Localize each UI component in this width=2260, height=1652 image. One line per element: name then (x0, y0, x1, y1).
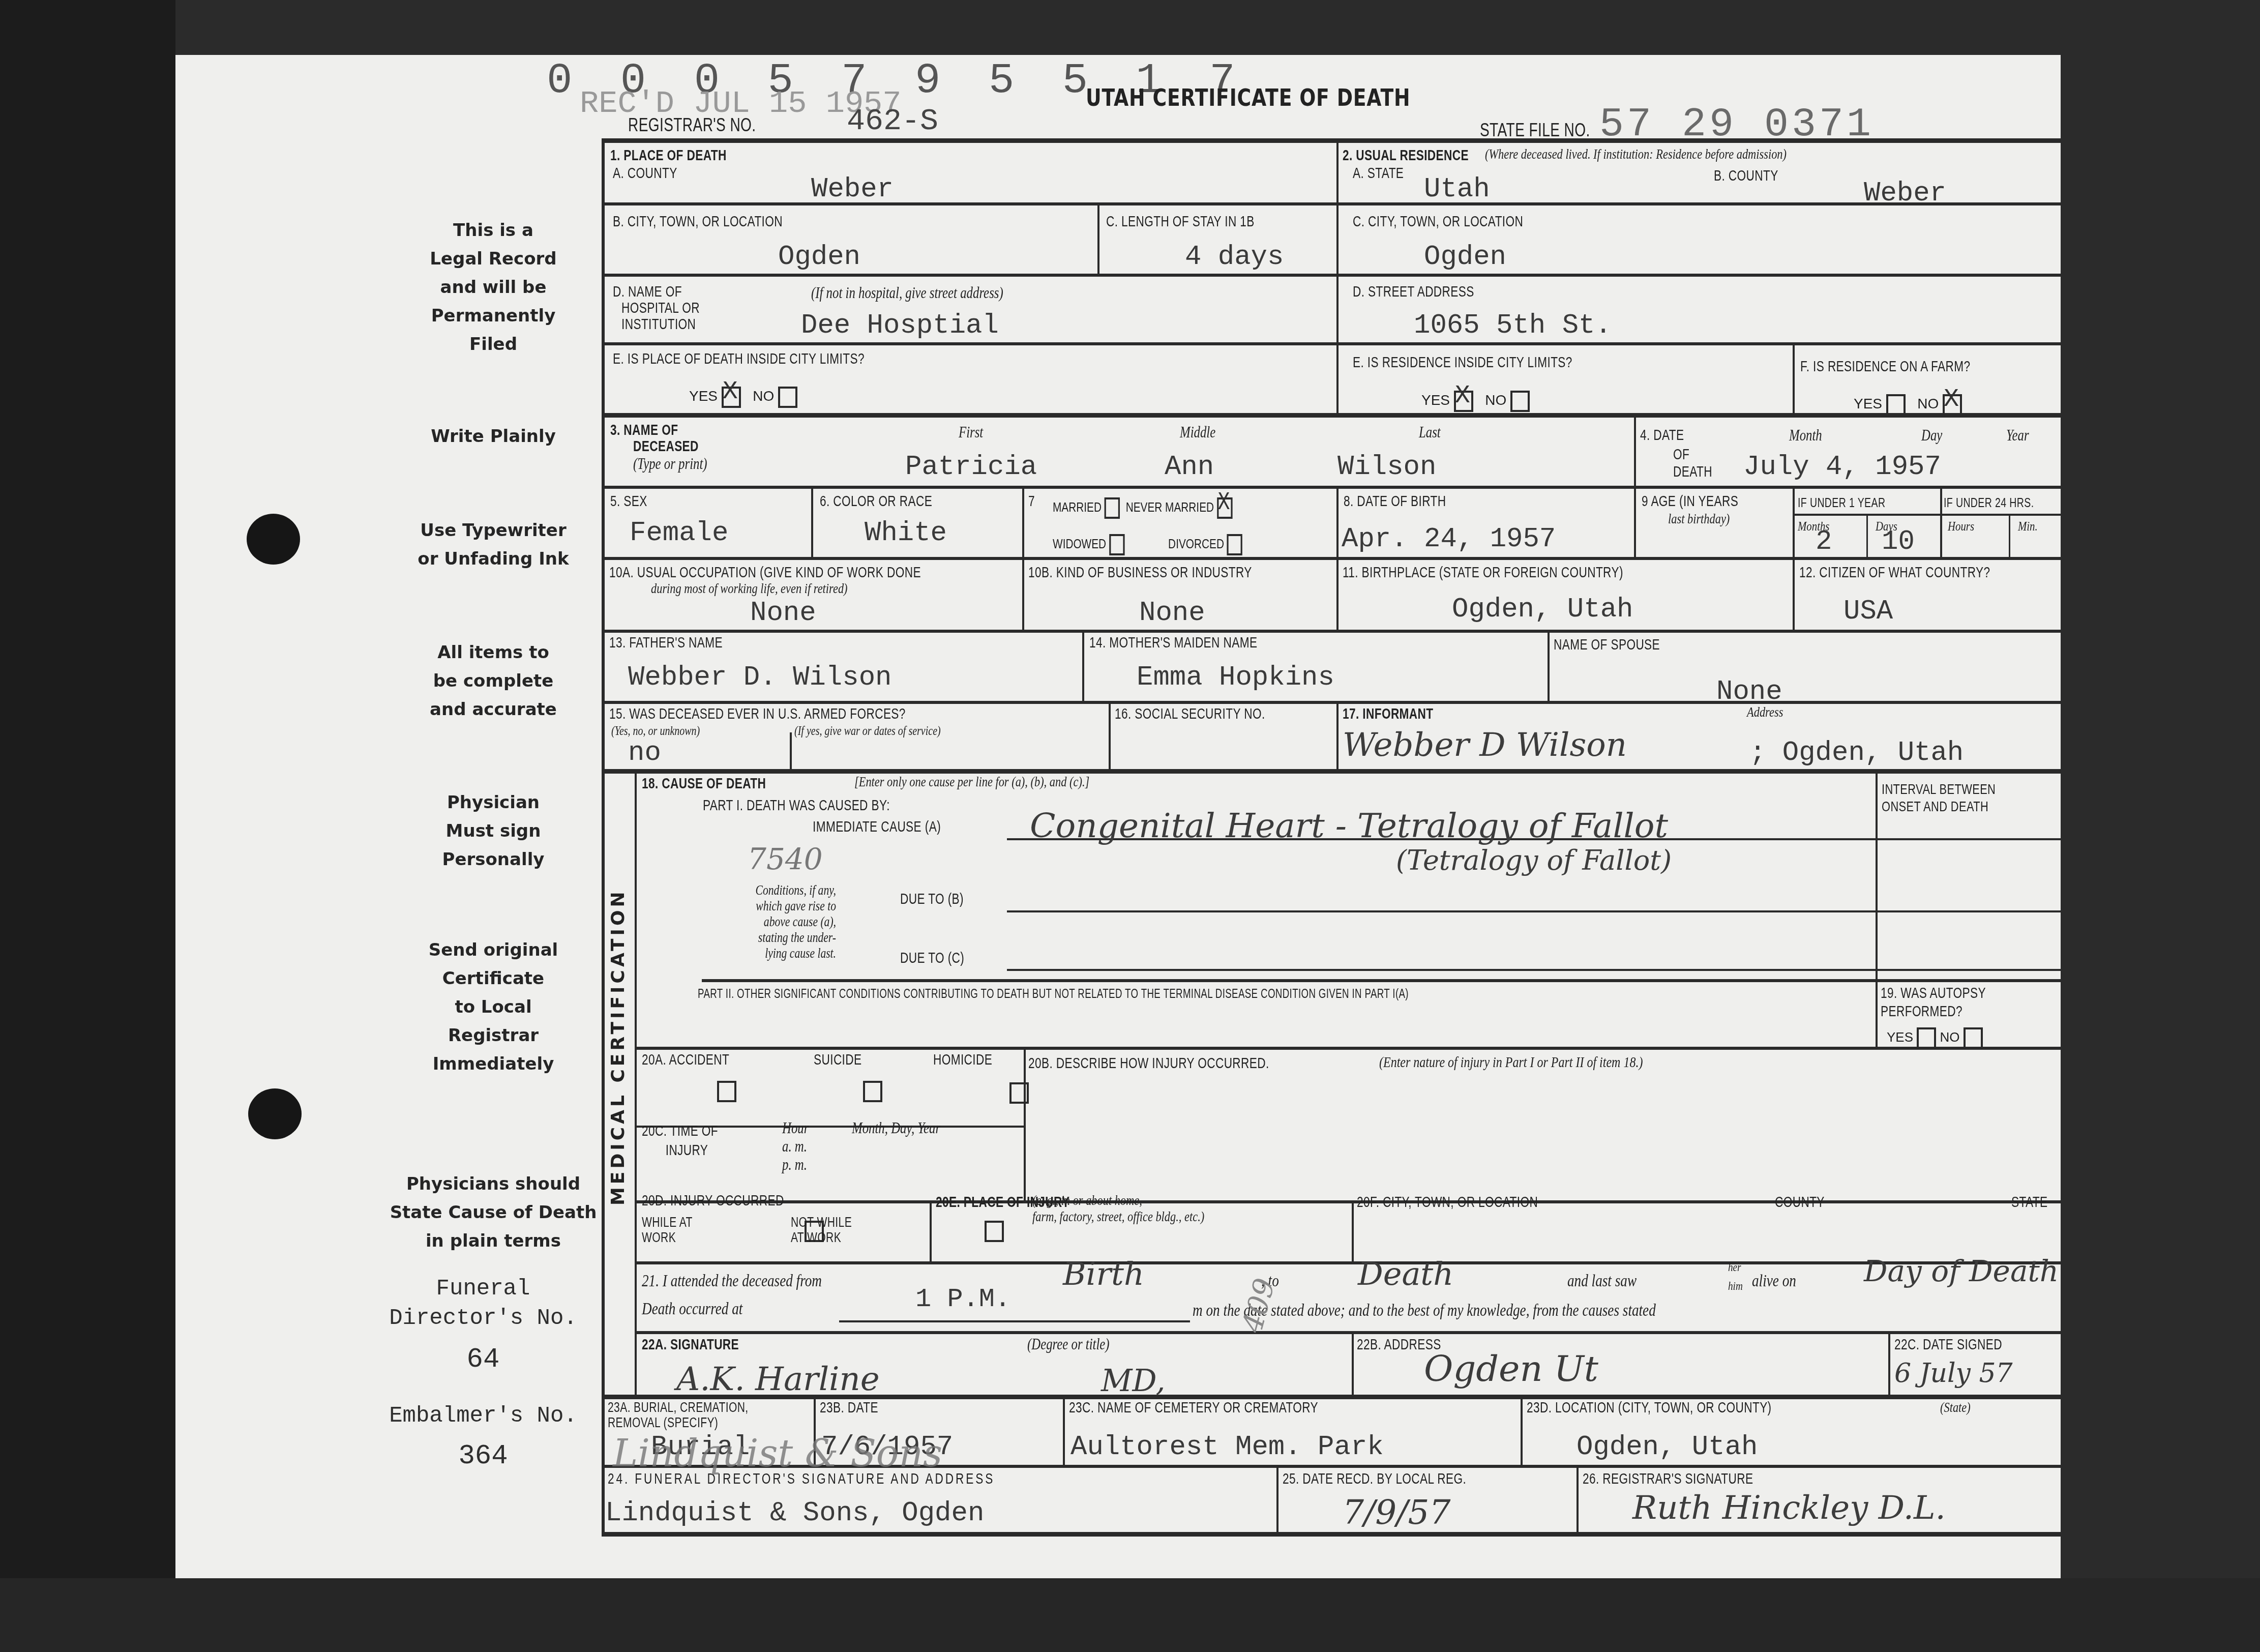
last-saw-label: and last saw (1567, 1272, 1637, 1291)
sex-label: 5. SEX (610, 493, 647, 510)
residence-state-field[interactable]: Utah (1424, 174, 1490, 205)
last-seen-field[interactable]: Day of Death (1864, 1254, 2059, 1288)
birthplace-field[interactable]: Ogden, Utah (1452, 594, 1633, 625)
due-to-c-line (1007, 969, 2061, 971)
part-2-label: PART II. OTHER SIGNIFICANT CONDITIONS CO… (698, 986, 1409, 1001)
divider (1888, 1331, 1890, 1396)
part-1-label: PART I. DEATH WAS CAUSED BY: (703, 798, 890, 814)
spouse-name-label: NAME OF SPOUSE (1554, 637, 1660, 654)
date-signed-label: 22c. DATE SIGNED (1894, 1337, 2002, 1353)
armed-forces-hint: (Yes, no, or unknown) (611, 724, 700, 739)
hours-label: Hours (1948, 519, 1974, 534)
divider (1577, 1465, 1579, 1533)
residence-inside-limits-options: YES X NO (1421, 391, 1530, 412)
deceased-name-label: DECEASED (633, 438, 699, 455)
age-months-field[interactable]: 2 (1816, 526, 1832, 557)
cemetery-field[interactable]: Aultorest Mem. Park (1070, 1432, 1384, 1463)
informant-address-field[interactable]: ; Ogden, Utah (1749, 737, 1964, 769)
hospital-label: HOSPITAL OR (621, 300, 700, 317)
divider (1352, 1331, 1354, 1396)
occupation-label: 10a. USUAL OCCUPATION (Give kind of work… (609, 565, 921, 581)
hospital-label: INSTITUTION (621, 316, 696, 333)
divider (1024, 1047, 1026, 1202)
mother-name-label: 14. MOTHER'S MAIDEN NAME (1089, 635, 1257, 652)
due-to-b-line (1007, 910, 2061, 912)
scan-background-left (0, 0, 175, 1652)
last-name-field[interactable]: Wilson (1337, 452, 1436, 483)
ssn-label: 16. SOCIAL SECURITY NO. (1115, 706, 1265, 723)
hospital-hint: (If not in hospital, give street address… (811, 284, 1003, 302)
death-time-field[interactable]: 1 P.M. (915, 1284, 1010, 1314)
yes-label: YES (1421, 392, 1450, 408)
residence-inside-limits-label: e. IS RESIDENCE INSIDE CITY LIMITS? (1353, 355, 1572, 371)
city-label: c. CITY, TOWN, OR LOCATION (1353, 214, 1523, 230)
death-time-line (839, 1320, 1190, 1322)
divider (1866, 514, 1868, 557)
minutes-label: Min. (2018, 519, 2038, 534)
yes-label: YES (1887, 1029, 1913, 1045)
divider (1634, 413, 1636, 557)
first-name-field[interactable]: Patricia (905, 452, 1037, 483)
usual-residence-hint: (Where deceased lived. If institution: R… (1485, 146, 1787, 163)
hospital-field[interactable]: Dee Hosptial (801, 310, 999, 341)
state-label: a. STATE (1353, 165, 1404, 182)
divider (1793, 514, 2061, 516)
accident-checkbox[interactable] (717, 1081, 736, 1102)
due-to-b-label: DUE TO (b) (900, 891, 964, 908)
punch-hole-icon (248, 1088, 302, 1139)
citizen-label: 12. CITIZEN OF WHAT COUNTRY? (1799, 565, 1990, 581)
race-label: 6. COLOR OR RACE (820, 493, 932, 510)
date-of-death-field[interactable]: July 4, 1957 (1743, 452, 1941, 483)
injury-city-label: 20f. CITY, TOWN, OR LOCATION (1357, 1194, 1538, 1211)
no-checkbox[interactable] (1510, 391, 1530, 412)
embalmer-no: 364 (376, 1442, 590, 1471)
middle-name-label: Middle (1180, 423, 1215, 441)
state-file-no-label: STATE FILE NO. (1480, 120, 1590, 141)
date-of-birth-field[interactable]: Apr. 24, 1957 (1342, 524, 1556, 555)
divider (635, 1200, 2061, 1203)
attended-label: 21. I attended the deceased from (642, 1272, 822, 1291)
registrars-no: 462-S (847, 104, 938, 139)
divider (1097, 202, 1099, 275)
age-days-field[interactable]: 10 (1882, 526, 1915, 557)
age-label: 9 AGE (In years (1642, 493, 1738, 510)
informant-label: 17. INFORMANT (1343, 706, 1433, 723)
length-of-stay-field[interactable]: 4 days (1185, 242, 1284, 273)
death-inside-limits-options: YES X NO (689, 387, 797, 408)
divider (1793, 342, 1795, 415)
autopsy-label: 19. WAS AUTOPSY PERFORMED? (1881, 984, 1986, 1021)
length-of-stay-label: c. LENGTH OF STAY IN 1b (1106, 214, 1255, 230)
interval-label: INTERVAL BETWEEN ONSET AND DEATH (1882, 781, 1996, 815)
homicide-checkbox[interactable] (1009, 1082, 1029, 1104)
sidebar-note-send-original: Send original Certificate to Local Regis… (386, 936, 600, 1078)
marital-status-label: 7 (1028, 493, 1035, 510)
deceased-name-label: 3. NAME OF (610, 422, 678, 439)
father-name-label: 13. FATHER'S NAME (609, 635, 723, 652)
no-label: NO (753, 388, 774, 404)
place-of-injury-hint: (e. g., in or about home, farm, factory,… (1032, 1193, 1204, 1225)
divider (1876, 769, 1878, 1048)
farm-label: f. IS RESIDENCE ON A FARM? (1800, 359, 1970, 375)
divorced-checkbox[interactable] (1227, 534, 1242, 555)
suicide-checkbox[interactable] (863, 1081, 882, 1102)
age-label: last birthday) (1668, 511, 1730, 527)
accident-label: 20a. ACCIDENT (642, 1052, 729, 1069)
funeral-director-field[interactable]: Lindquist & Sons, Ogden (605, 1498, 984, 1529)
under-1-year-label: IF UNDER 1 YEAR (1798, 496, 1885, 511)
degree-label: (Degree or title) (1027, 1335, 1110, 1353)
cause-of-death-hint: [Enter only one cause per line for (a), … (854, 774, 1089, 790)
date-received-field[interactable]: 7/9/57 (1343, 1493, 1450, 1532)
divider (930, 1200, 932, 1262)
date-signed-field[interactable]: 6 July 57 (1894, 1358, 2013, 1389)
under-24-hrs-label: IF UNDER 24 HRS. (1944, 496, 2034, 511)
middle-name-field[interactable]: Ann (1165, 452, 1214, 483)
conditions-hint: Conditions, if any, which gave rise to a… (702, 882, 836, 961)
describe-injury-hint: (Enter nature of injury in Part I or Par… (1379, 1054, 1643, 1071)
divider (1352, 1200, 1354, 1262)
date-received-label: 25. DATE RECD. BY LOCAL REG. (1283, 1471, 1466, 1488)
autopsy-yes-checkbox[interactable] (1917, 1027, 1936, 1049)
homicide-label: HOMICIDE (933, 1052, 992, 1069)
scan-background-bottom (0, 1578, 2260, 1652)
embalmer-no-label: Embalmer's No. (376, 1401, 590, 1431)
divider (1109, 701, 1111, 771)
widowed-checkbox[interactable] (1109, 534, 1124, 555)
county-label: b. COUNTY (1714, 168, 1778, 185)
registrar-signature[interactable]: Ruth Hinckley D.L. (1632, 1489, 1946, 1527)
death-city-field[interactable]: Ogden (778, 242, 860, 273)
place-of-death-label: 1. PLACE OF DEATH (610, 147, 727, 164)
immediate-cause-note: (Tetralogy of Fallot) (1396, 844, 1672, 876)
divider (635, 1047, 2061, 1050)
marital-widowed: WIDOWED DIVORCED (1053, 534, 1242, 555)
funeral-director-no: 64 (376, 1345, 590, 1375)
spouse-name-field[interactable]: None (1716, 676, 1782, 707)
business-label: 10b. KIND OF BUSINESS OR INDUSTRY (1028, 565, 1252, 581)
yes-checkbox[interactable]: X (1454, 391, 1473, 412)
due-to-c-label: DUE TO (c) (900, 950, 964, 967)
no-label: NO (1940, 1029, 1960, 1045)
divider (602, 630, 2061, 633)
cause-code-note: 7540 (748, 842, 823, 876)
not-while-at-work-checkbox[interactable] (985, 1221, 1004, 1242)
suicide-label: SUICIDE (814, 1052, 861, 1069)
month-day-year-label: Month, Day, Year (852, 1119, 940, 1137)
divider (1082, 630, 1084, 702)
physician-signature[interactable]: A.K. Harline (676, 1361, 880, 1398)
not-while-at-work-label: NOT WHILE AT WORK (791, 1215, 852, 1245)
date-of-birth-label: 8. DATE OF BIRTH (1344, 493, 1446, 510)
race-field[interactable]: White (865, 518, 947, 549)
sidebar-note-typewriter: Use Typewriter or Unfading Ink (386, 516, 600, 573)
divider (602, 413, 2061, 418)
yes-label: YES (689, 388, 718, 404)
form-bottom-border (602, 1532, 2061, 1537)
armed-forces-service-hint: (If yes, give war or dates of service) (794, 724, 941, 739)
never-married-label: NEVER MARRIED (1126, 499, 1214, 515)
immediate-cause-field[interactable]: Congenital Heart - Tetralogy of Fallot (1030, 806, 1668, 845)
hospital-label: d. NAME OF (613, 284, 682, 301)
autopsy-no-checkbox[interactable] (1964, 1027, 1983, 1049)
registrars-no-label: REGISTRAR'S NO. (628, 114, 756, 136)
type-or-print-hint: (Type or print) (633, 455, 707, 473)
yes-checkbox[interactable]: X (722, 387, 741, 408)
widowed-label: WIDOWED (1053, 536, 1106, 551)
divider (2009, 514, 2010, 557)
street-address-label: d. STREET ADDRESS (1353, 284, 1474, 301)
death-county-field[interactable]: Weber (811, 174, 894, 205)
burial-state-label: (State) (1940, 1400, 1971, 1416)
yes-checkbox[interactable] (1886, 394, 1906, 416)
no-checkbox[interactable]: X (1943, 394, 1962, 416)
sidebar-note-write-plainly: Write Plainly (386, 422, 600, 451)
injury-occurred-label: 20d. INJURY OCCURRED (642, 1193, 784, 1209)
county-label: a. COUNTY (613, 165, 677, 182)
usual-residence-label: 2. USUAL RESIDENCE (1343, 147, 1469, 164)
divider (1063, 1395, 1065, 1466)
sidebar-note-legal-record: This is a Legal Record and will be Perma… (386, 216, 600, 359)
form-left-border (602, 138, 605, 1535)
armed-forces-label: 15. WAS DECEASED EVER IN U.S. ARMED FORC… (609, 706, 906, 723)
divider (602, 274, 2061, 277)
form-top-border (602, 138, 2061, 143)
divider (602, 701, 2061, 704)
physician-address-field[interactable]: Ogden Ut (1424, 1348, 1598, 1390)
marital-married: MARRIED NEVER MARRIED X (1053, 497, 1232, 519)
funeral-director-no-label: Funeral Director's No. (376, 1274, 590, 1333)
burial-location-field[interactable]: Ogden, Utah (1577, 1432, 1758, 1463)
injury-state-label: STATE (2011, 1194, 2047, 1211)
sidebar-note-complete: All items to be complete and accurate (386, 638, 600, 724)
inside-city-limits-label: e. IS PLACE OF DEATH INSIDE CITY LIMITS? (613, 351, 865, 368)
never-married-checkbox[interactable]: X (1217, 497, 1232, 519)
medical-certification-label: MEDICAL CERTIFICATION (608, 889, 629, 1205)
residence-city-field[interactable]: Ogden (1424, 242, 1506, 273)
date-of-death-label: OF (1673, 447, 1689, 463)
punch-hole-icon (247, 514, 300, 565)
date-of-death-label: DEATH (1673, 464, 1712, 481)
sex-field[interactable]: Female (630, 518, 728, 549)
injury-county-label: COUNTY (1775, 1194, 1825, 1211)
married-checkbox[interactable] (1105, 497, 1120, 519)
informant-address-label: Address (1747, 704, 1783, 721)
while-at-work-label: WHILE AT WORK (642, 1215, 693, 1245)
day-label: Day (1921, 426, 1942, 445)
divider (602, 486, 2061, 489)
city-label: b. CITY, TOWN, OR LOCATION (613, 214, 783, 230)
divider (1940, 486, 1942, 557)
mother-name-field[interactable]: Emma Hopkins (1137, 662, 1334, 693)
burial-label: 23a. BURIAL, CREMATION, REMOVAL (Specify… (608, 1400, 749, 1430)
street-address-field[interactable]: 1065 5th St. (1414, 310, 1612, 341)
burial-location-label: 23d. LOCATION (City, town, or county) (1527, 1400, 1772, 1417)
divider (1548, 630, 1550, 702)
citizen-field[interactable]: USA (1843, 596, 1893, 627)
autopsy-options: YES NO (1887, 1027, 1983, 1049)
funeral-director-signature[interactable]: Lindquist & Sons (613, 1432, 942, 1476)
signature-label: 22a. SIGNATURE (642, 1337, 739, 1353)
divider (602, 557, 2061, 560)
sidebar-note-cause-plain-terms: Physicians should State Cause of Death i… (386, 1170, 600, 1255)
father-name-field[interactable]: Webber D. Wilson (628, 662, 891, 693)
divider (635, 1261, 2061, 1264)
cause-of-death-label: 18. CAUSE OF DEATH (642, 776, 766, 792)
divider (1521, 1395, 1523, 1466)
date-of-death-label: 4. DATE (1640, 427, 1684, 444)
sidebar-note-physician-sign: Physician Must sign Personally (386, 788, 600, 874)
cemetery-label: 23c. NAME OF CEMETERY OR CREMATORY (1069, 1400, 1318, 1417)
death-occurred-label: Death occurred at (642, 1300, 742, 1319)
burial-date-label: 23b. DATE (820, 1400, 878, 1417)
divider (635, 1331, 2061, 1334)
immediate-cause-label: IMMEDIATE CAUSE (a) (813, 819, 941, 836)
year-label: Year (2006, 426, 2029, 445)
yes-label: YES (1854, 396, 1882, 411)
month-label: Month (1789, 426, 1822, 445)
divorced-label: DIVORCED (1168, 536, 1224, 551)
divider (702, 979, 2061, 982)
divider (635, 769, 637, 1396)
married-label: MARRIED (1053, 499, 1102, 515)
no-checkbox[interactable] (778, 387, 797, 408)
physician-degree-field[interactable]: MD, (1101, 1363, 1165, 1399)
divider (811, 486, 813, 557)
registrar-signature-label: 26. REGISTRAR'S SIGNATURE (1583, 1471, 1753, 1488)
first-name-label: First (959, 423, 983, 441)
farm-options: YES NO X (1854, 394, 1962, 416)
residence-county-field[interactable]: Weber (1864, 178, 1946, 209)
alive-on-label: alive on (1752, 1272, 1796, 1291)
no-label: NO (1485, 392, 1506, 408)
divider (602, 769, 2061, 774)
describe-injury-label: 20b. DESCRIBE HOW INJURY OCCURRED. (1028, 1055, 1269, 1072)
no-label: NO (1917, 396, 1939, 411)
her-label: her (1728, 1261, 1741, 1274)
armed-forces-field[interactable]: no (628, 737, 661, 769)
attended-to-field[interactable]: Death (1358, 1255, 1453, 1292)
divider (1276, 1465, 1278, 1533)
birthplace-label: 11. BIRTHPLACE (State or foreign country… (1343, 565, 1623, 581)
occupation-field[interactable]: None (750, 598, 816, 629)
him-label: him (1728, 1280, 1743, 1293)
occupation-hint: during most of working life, even if ret… (651, 581, 848, 597)
informant-signature[interactable]: Webber D Wilson (1343, 726, 1627, 764)
attended-from-field[interactable]: Birth (1063, 1255, 1144, 1292)
business-field[interactable]: None (1139, 598, 1205, 629)
divider (1336, 701, 1339, 771)
time-of-injury-label: 20c. TIME OF INJURY (642, 1122, 718, 1160)
last-name-label: Last (1419, 423, 1441, 441)
hour-label: Hour a. m. p. m. (782, 1119, 809, 1174)
divider (602, 342, 2061, 345)
page-title: UTAH CERTIFICATE OF DEATH (1086, 84, 1410, 111)
divider (790, 732, 792, 771)
